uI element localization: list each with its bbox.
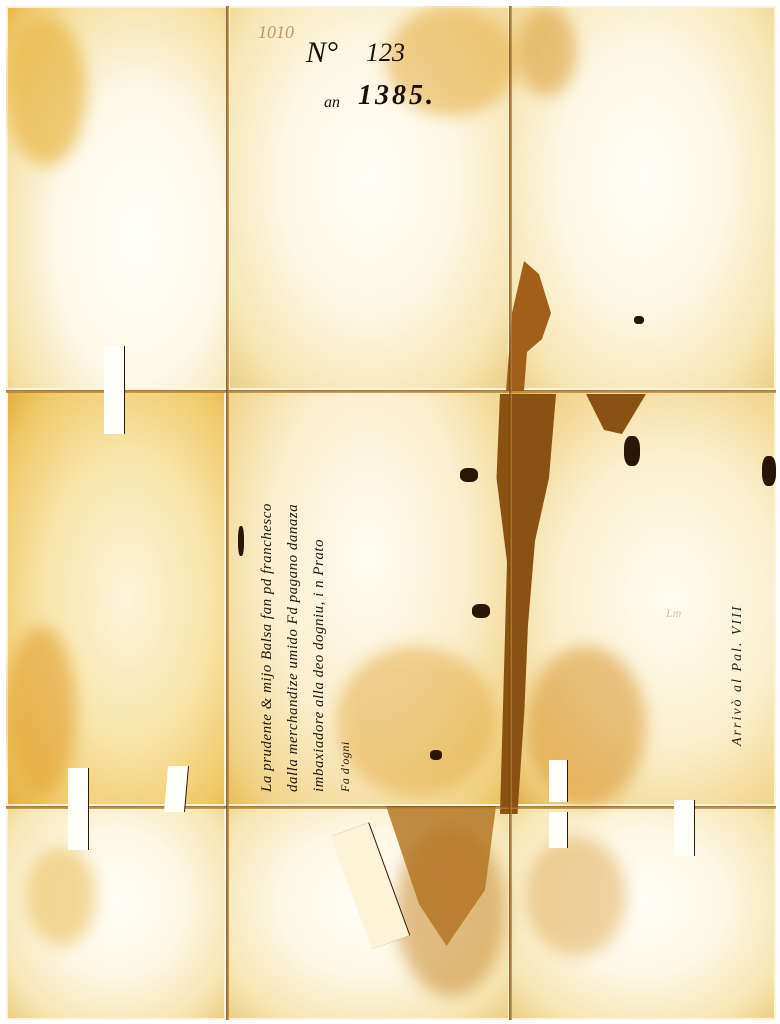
address-line: imbaxiadore alla deo dogniu, i n Prato (306, 402, 332, 792)
stain (526, 836, 626, 956)
hole (460, 468, 478, 482)
stain (6, 16, 86, 166)
year-label: an (324, 94, 340, 112)
tape-strip (164, 766, 188, 812)
hole (472, 604, 490, 618)
hole (430, 750, 442, 760)
faint-mark: Lm (666, 606, 681, 621)
tape-strip (68, 768, 88, 850)
endorsement-note: Arrivò al Pal. VIII (730, 605, 746, 746)
stain (526, 646, 646, 806)
address-line: dalla merchandize umido Fd pagano danaza (280, 402, 306, 792)
fold-line (6, 806, 776, 809)
stain (6, 626, 76, 796)
hole (624, 436, 640, 466)
hole (238, 526, 244, 556)
letter-sheet: 1010 N° 123 an 1385. La prudente & mijo … (6, 6, 776, 1020)
old-archive-number: 1010 (258, 22, 294, 43)
fold-line (509, 6, 512, 1020)
stain (336, 646, 496, 796)
hole (634, 316, 644, 324)
address-line: Fa d'ogni (332, 402, 358, 792)
tape-strip (104, 346, 124, 434)
stain (26, 846, 96, 946)
address-line: La prudente & mijo Balsa fan pd franches… (254, 402, 280, 792)
tape-strip (674, 800, 694, 856)
tape-strip (549, 812, 567, 848)
archive-year: 1385. (358, 80, 436, 112)
fold-line (226, 6, 229, 1020)
stain (516, 6, 576, 96)
archive-number-label: N° (306, 36, 338, 70)
hole (762, 456, 776, 486)
letter-address: La prudente & mijo Balsa fan pd franches… (254, 402, 358, 792)
archive-number: 123 (366, 38, 405, 68)
tape-strip (549, 760, 567, 802)
